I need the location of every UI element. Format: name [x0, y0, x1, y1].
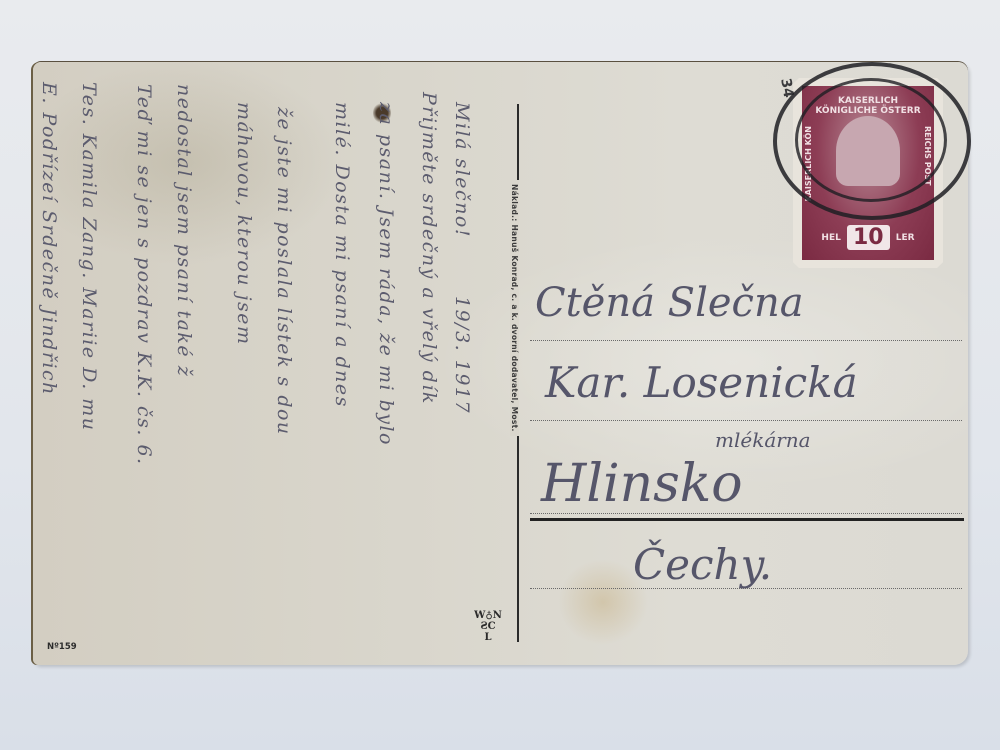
- message-line-3: milé. Dosta mi psaní a dnes: [331, 102, 353, 408]
- denomination-left: HEL: [821, 233, 840, 243]
- message-greeting: Milá slečno! 19/3. 1917: [451, 102, 473, 414]
- address-name: Kar. Losenická: [545, 358, 858, 407]
- address-salutation: Ctěná Slečna: [535, 280, 804, 326]
- postmark-cancel: 34: [773, 62, 971, 220]
- stamp-value: 10: [847, 225, 890, 250]
- postmark-number: 34: [777, 77, 796, 99]
- card-number: Nº159: [47, 642, 77, 652]
- address-dotted-line-1: [530, 340, 962, 341]
- message-line-1: Přijměte srdečný a vřelý dík: [418, 92, 440, 405]
- stamp-denomination: HEL 10 LER: [802, 225, 934, 250]
- address-country: Čechy.: [633, 540, 772, 589]
- logo-middle: ƧC: [473, 621, 503, 632]
- address-solid-line: [530, 518, 964, 521]
- message-line-4: že jste mi poslala lístek s dou: [273, 107, 295, 436]
- postmark-inner-ring: [795, 78, 947, 202]
- message-line-5: máhavou, kterou jsem: [233, 102, 255, 346]
- publisher-logo-icon: W♁N ƧC L: [473, 610, 503, 648]
- address-dotted-line-2: [530, 420, 962, 421]
- address-note: mlékárna: [715, 428, 811, 452]
- denomination-right: LER: [896, 233, 915, 243]
- message-line-9: E. Podřízeí Srdečně Jindřich: [38, 82, 60, 396]
- message-line-7: Teď mi se jen s pozdrav K.K. čs. 6.: [133, 84, 155, 466]
- address-town: Hlinsko: [541, 454, 743, 514]
- logo-base: L: [473, 632, 503, 643]
- publisher-imprint: Náklad.: Hanuš Konrad, c. a k. dvorní do…: [510, 180, 519, 436]
- message-line-6: nedostal jsem psaní také ž: [173, 84, 195, 377]
- greeting-text: Milá slečno!: [451, 102, 473, 238]
- logo-top: W♁N: [473, 610, 503, 621]
- postcard-back: Milá slečno! 19/3. 1917 Přijměte srdečný…: [33, 62, 968, 665]
- message-date: 19/3. 1917: [451, 296, 473, 414]
- message-line-8: Tes. Kamila Zang. Mariie D. mu: [78, 82, 100, 432]
- message-line-2: za psaní. Jsem ráda, že mi bylo: [375, 102, 397, 446]
